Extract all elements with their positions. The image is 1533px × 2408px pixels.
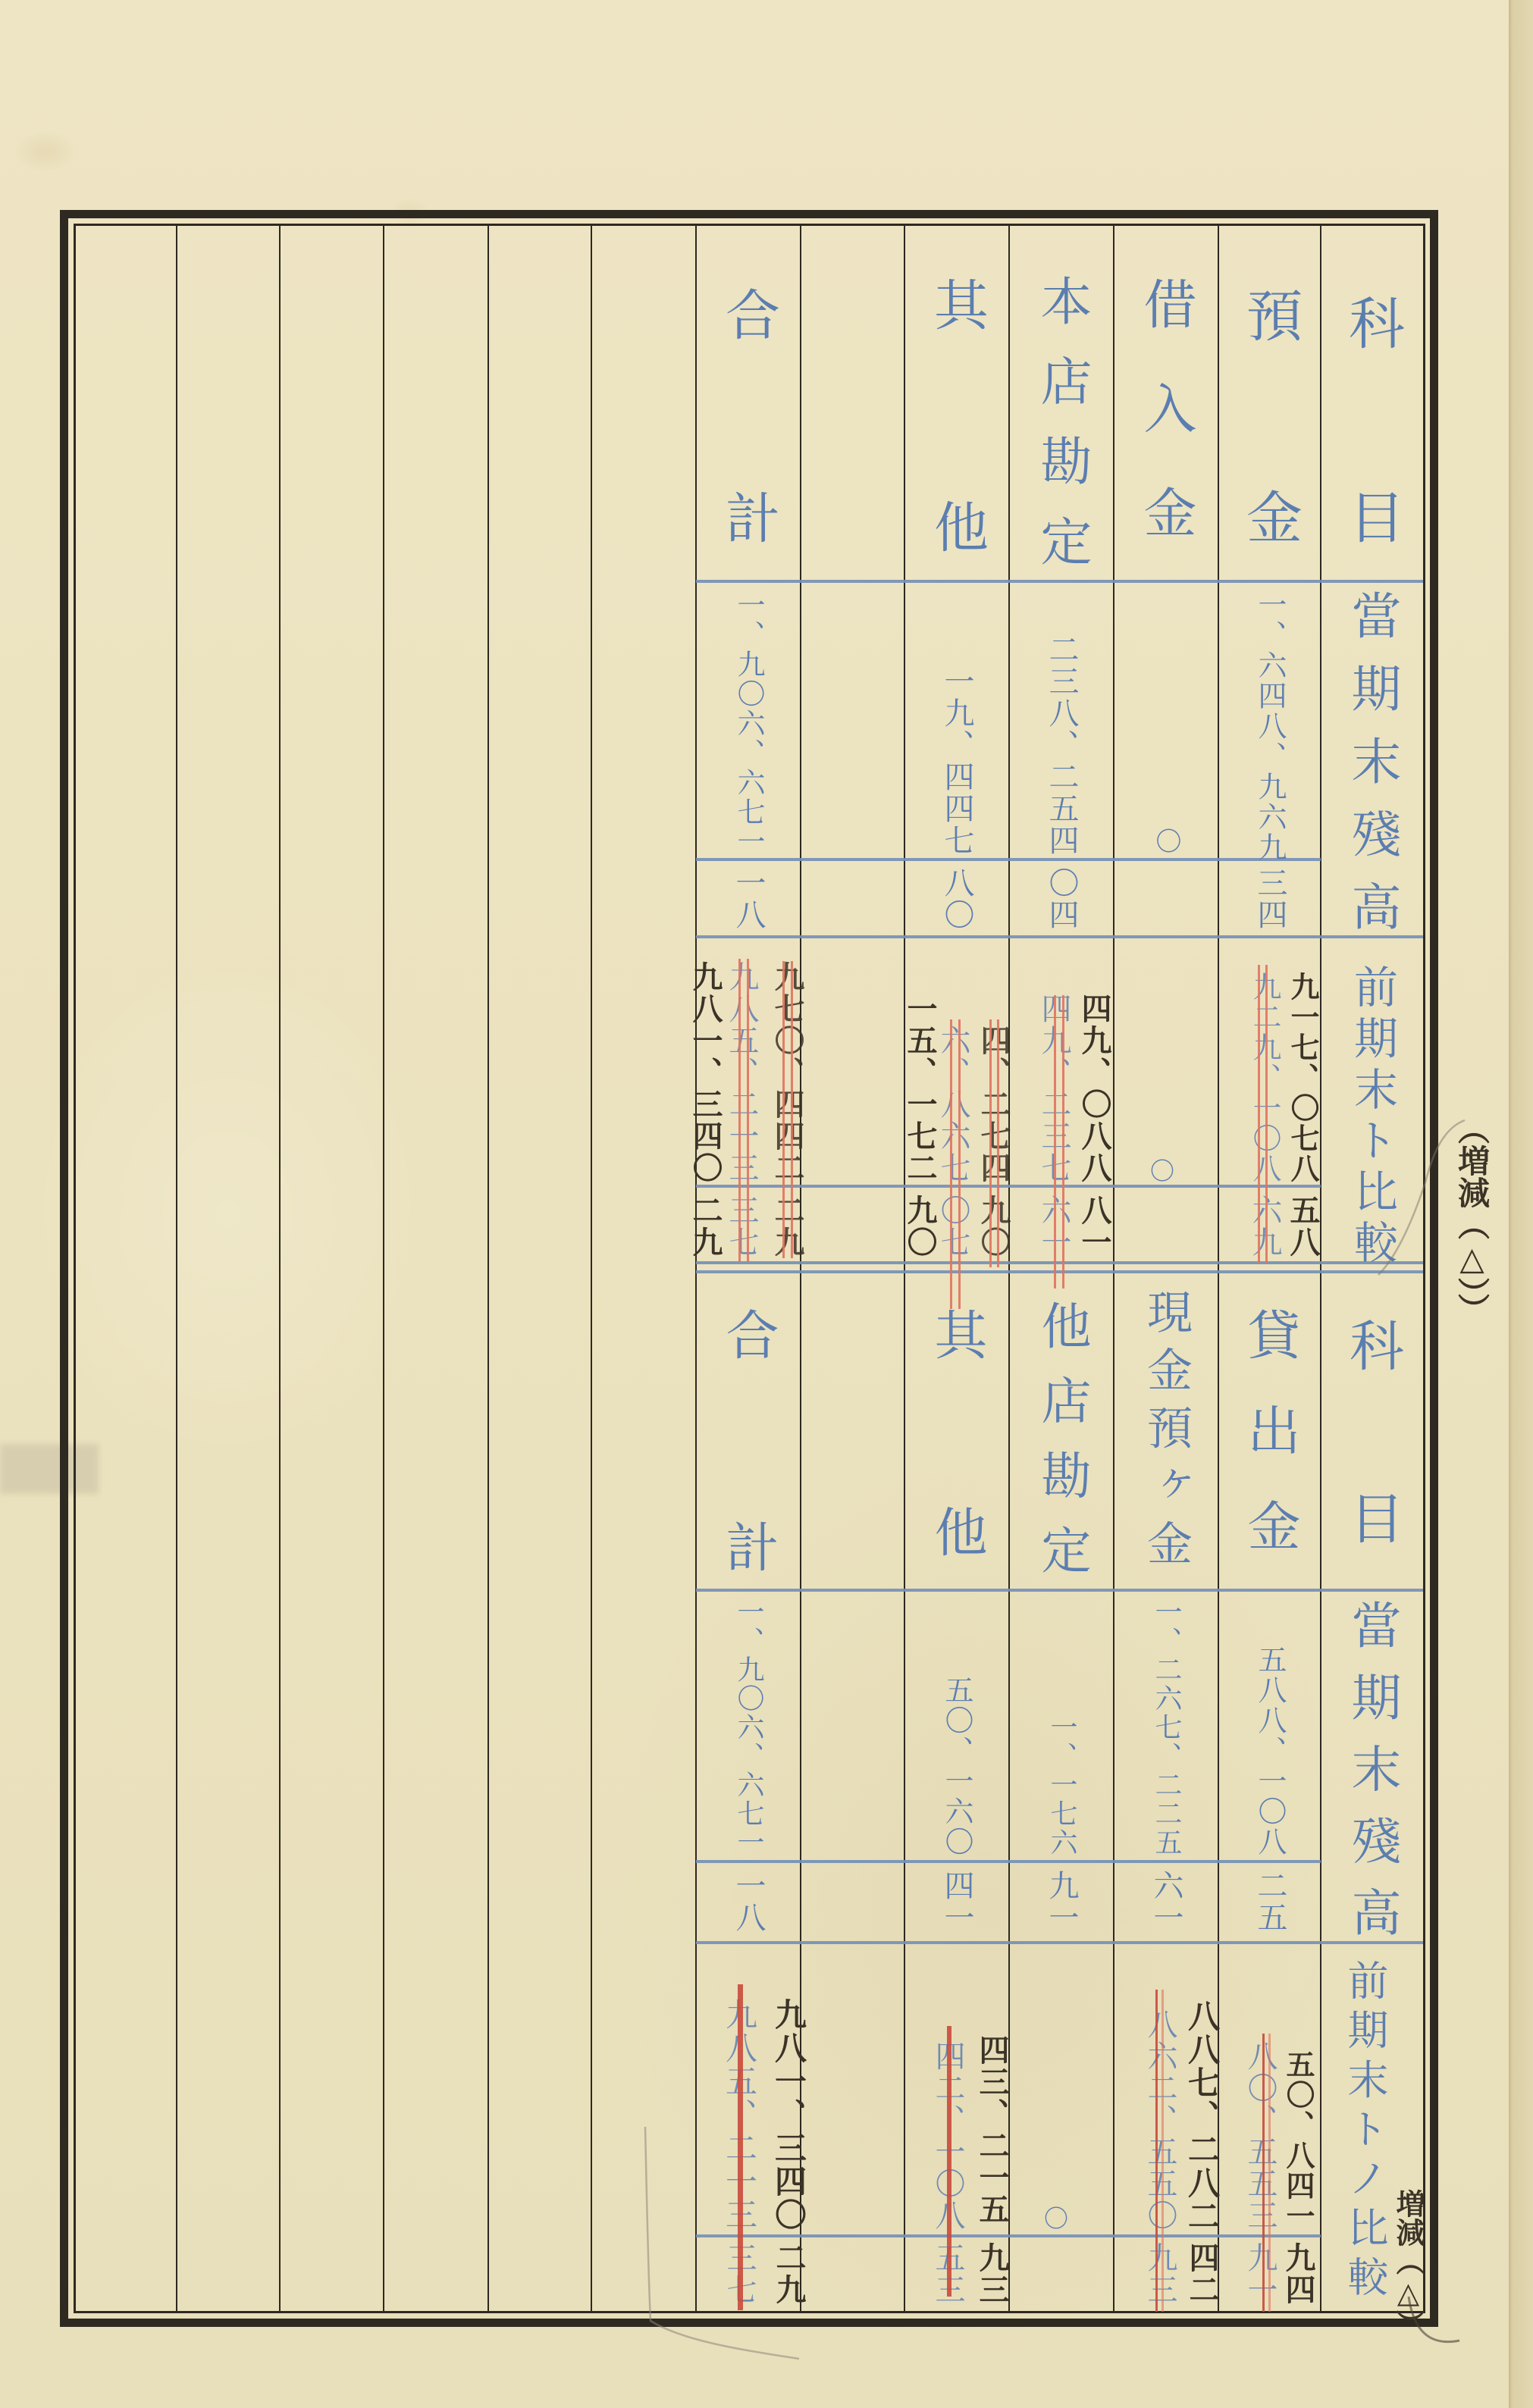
- lower-loans-compare-yen: 五〇、八四一: [1281, 1945, 1315, 2231]
- lower-cash-compare-sen: 四二: [1185, 2239, 1218, 2309]
- upper-deposits-current-yen: 一、六四八、九六九: [1218, 590, 1321, 856]
- upper-deposits-struck-sen: 六九: [1248, 1190, 1281, 1262]
- lower-compare-yen-sen-rule: [696, 2234, 1321, 2237]
- lower-total-compare-yen: 九八一、三四〇: [772, 1945, 805, 2231]
- lower-other-current-yen: 五〇、一六〇: [904, 1592, 1009, 1857]
- lower-loans-current-yen: 五八八、一〇八: [1218, 1592, 1321, 1857]
- lower-loans-compare-sen: 九四: [1281, 2239, 1315, 2309]
- red-strike-line: [997, 1019, 999, 1267]
- lower-loans-struck-sen: 九一: [1243, 2239, 1277, 2309]
- upper-header-comparison: 前期末ト比較: [1321, 964, 1423, 1263]
- red-strike-line: [791, 961, 793, 1258]
- red-strike-line: [782, 961, 785, 1258]
- upper-total-current-yen: 一、九〇六、六七一: [696, 590, 801, 856]
- upper-other-struck-sen: 〇七: [936, 1190, 970, 1262]
- red-strike-line: [947, 2026, 951, 2297]
- red-strike-line: [1162, 1990, 1164, 2312]
- lower-table-top-rule: [696, 1270, 1423, 1273]
- upper-other-struck-yen: 六、八六七: [936, 940, 970, 1184]
- upper-other-compare-yen: 一五、一七二: [903, 940, 936, 1184]
- upper-deposits-compare-sen: 五八: [1286, 1190, 1319, 1262]
- upper-total-compare-yen: 九八一、三四〇: [688, 940, 722, 1184]
- upper-current-bottom-rule: [696, 935, 1423, 938]
- upper-item-label-other: 其他: [904, 277, 1009, 553]
- lower-header-subject: 科目: [1321, 1317, 1423, 1545]
- red-strike-line: [1258, 965, 1260, 1264]
- upper-head-office-compare-yen: 四九、〇八八: [1077, 940, 1111, 1184]
- lower-item-label-total: 合計: [696, 1307, 801, 1573]
- upper-deposits-current-sen: 三四: [1218, 863, 1321, 935]
- upper-other-struck-dark-sen: 九〇: [977, 1190, 1010, 1262]
- lower-other-branch-current-sen: 九一: [1009, 1865, 1114, 1939]
- page-edge-shadow: [1509, 0, 1533, 2408]
- lower-cash-struck-sen: 九三: [1143, 2239, 1177, 2309]
- lower-item-label-cash-and-deposits: 現金預ヶ金: [1114, 1289, 1218, 1565]
- lower-total-compare-sen: 二九: [772, 2239, 805, 2309]
- upper-current-yen-sen-rule: [696, 858, 1321, 861]
- red-strike-line: [1268, 2034, 1271, 2312]
- lower-other-current-sen: 四一: [904, 1865, 1009, 1939]
- red-strike-line: [1062, 995, 1064, 1289]
- lower-other-compare-sen: 九三: [975, 2239, 1008, 2309]
- red-strike-line: [738, 1984, 743, 2310]
- lower-total-current-yen: 一、九〇六、六七一: [696, 1592, 801, 1857]
- red-strike-line: [738, 959, 741, 1262]
- upper-total-struck-dark-sen: 二九: [770, 1190, 804, 1262]
- upper-header-rule: [696, 580, 1423, 583]
- margin-note-increase-decrease: （増減（△））: [1448, 1113, 1495, 1306]
- upper-total-struck-sen: 三七: [725, 1190, 758, 1262]
- upper-head-office-compare-sen: 八一: [1077, 1190, 1111, 1262]
- lower-other-compare-yen: 四三、二一五: [975, 1945, 1008, 2225]
- red-strike-line: [1155, 1990, 1158, 2312]
- red-strike-line: [950, 1019, 952, 1309]
- upper-header-subject: 科目: [1321, 294, 1423, 544]
- lower-current-bottom-rule: [696, 1941, 1423, 1944]
- upper-other-struck-dark-yen: 四、二七四: [977, 940, 1010, 1184]
- upper-item-label-total: 合計: [696, 287, 801, 544]
- column-rule: [279, 226, 281, 2312]
- lower-item-label-loans: 貸出金: [1218, 1307, 1321, 1552]
- upper-head-office-current-sen: 〇四: [1009, 863, 1114, 935]
- upper-deposits-struck-yen: 九二九、一〇八: [1248, 940, 1281, 1184]
- column-rule: [591, 226, 592, 2312]
- lower-other-branch-current-yen: 一、一七六: [1009, 1592, 1114, 1857]
- upper-total-struck-yen: 九八五、二一三: [725, 940, 758, 1184]
- upper-item-label-head-office-account: 本店勘定: [1009, 274, 1114, 566]
- column-rule: [176, 226, 177, 2312]
- upper-item-label-borrowings: 借入金: [1114, 277, 1218, 538]
- lower-current-yen-sen-rule: [696, 1860, 1321, 1863]
- upper-deposits-compare-yen: 九一七、〇七八: [1286, 940, 1319, 1184]
- upper-total-struck-dark-yen: 九七〇、四四二: [770, 940, 804, 1184]
- lower-item-label-other: 其他: [904, 1307, 1009, 1558]
- red-strike-line: [989, 1019, 992, 1267]
- upper-borrowings-current-yen: 〇: [1114, 590, 1218, 855]
- lower-loans-current-sen: 二五: [1218, 1865, 1321, 1939]
- column-rule: [383, 226, 384, 2312]
- upper-compare-yen-sen-rule: [696, 1185, 1321, 1188]
- lower-item-label-other-branch-account: 他店勘定: [1009, 1300, 1114, 1574]
- upper-other-compare-sen: 九〇: [903, 1190, 936, 1262]
- upper-other-current-sen: 八〇: [904, 863, 1009, 935]
- upper-header-current-balance: 當期末殘高: [1321, 590, 1423, 931]
- upper-head-office-current-yen: 二三八、二五四: [1009, 590, 1114, 856]
- lower-cash-current-yen: 一、二六七、二二五: [1114, 1592, 1218, 1857]
- margin-note-increase-decrease-lower: 増減（△）: [1389, 2189, 1427, 2316]
- upper-total-current-sen: 一八: [696, 863, 801, 935]
- red-strike-line: [1265, 965, 1268, 1264]
- upper-total-compare-sen: 二九: [688, 1190, 722, 1262]
- lower-cash-struck-yen: 八六二、五五〇: [1143, 1945, 1177, 2231]
- red-strike-line: [747, 959, 749, 1262]
- upper-item-label-deposits: 預金: [1218, 287, 1321, 544]
- lower-total-current-sen: 一八: [696, 1865, 801, 1939]
- upper-other-current-yen: 一九、四四七: [904, 590, 1009, 856]
- red-strike-line: [958, 1019, 961, 1309]
- lower-other-branch-compare-yen: 〇: [1038, 1945, 1071, 2231]
- lower-cash-compare-yen: 八八七、二八二: [1185, 1945, 1218, 2233]
- red-strike-line: [1054, 995, 1056, 1289]
- upper-borrowings-compare-yen: 〇: [1144, 940, 1177, 1184]
- lower-header-current-balance: 當期末殘高: [1321, 1599, 1423, 1937]
- column-rule: [487, 226, 489, 2312]
- red-strike-line: [1262, 2034, 1265, 2312]
- lower-cash-current-sen: 六一: [1114, 1865, 1218, 1939]
- lower-loans-struck-yen: 八〇、五五三: [1243, 1945, 1277, 2231]
